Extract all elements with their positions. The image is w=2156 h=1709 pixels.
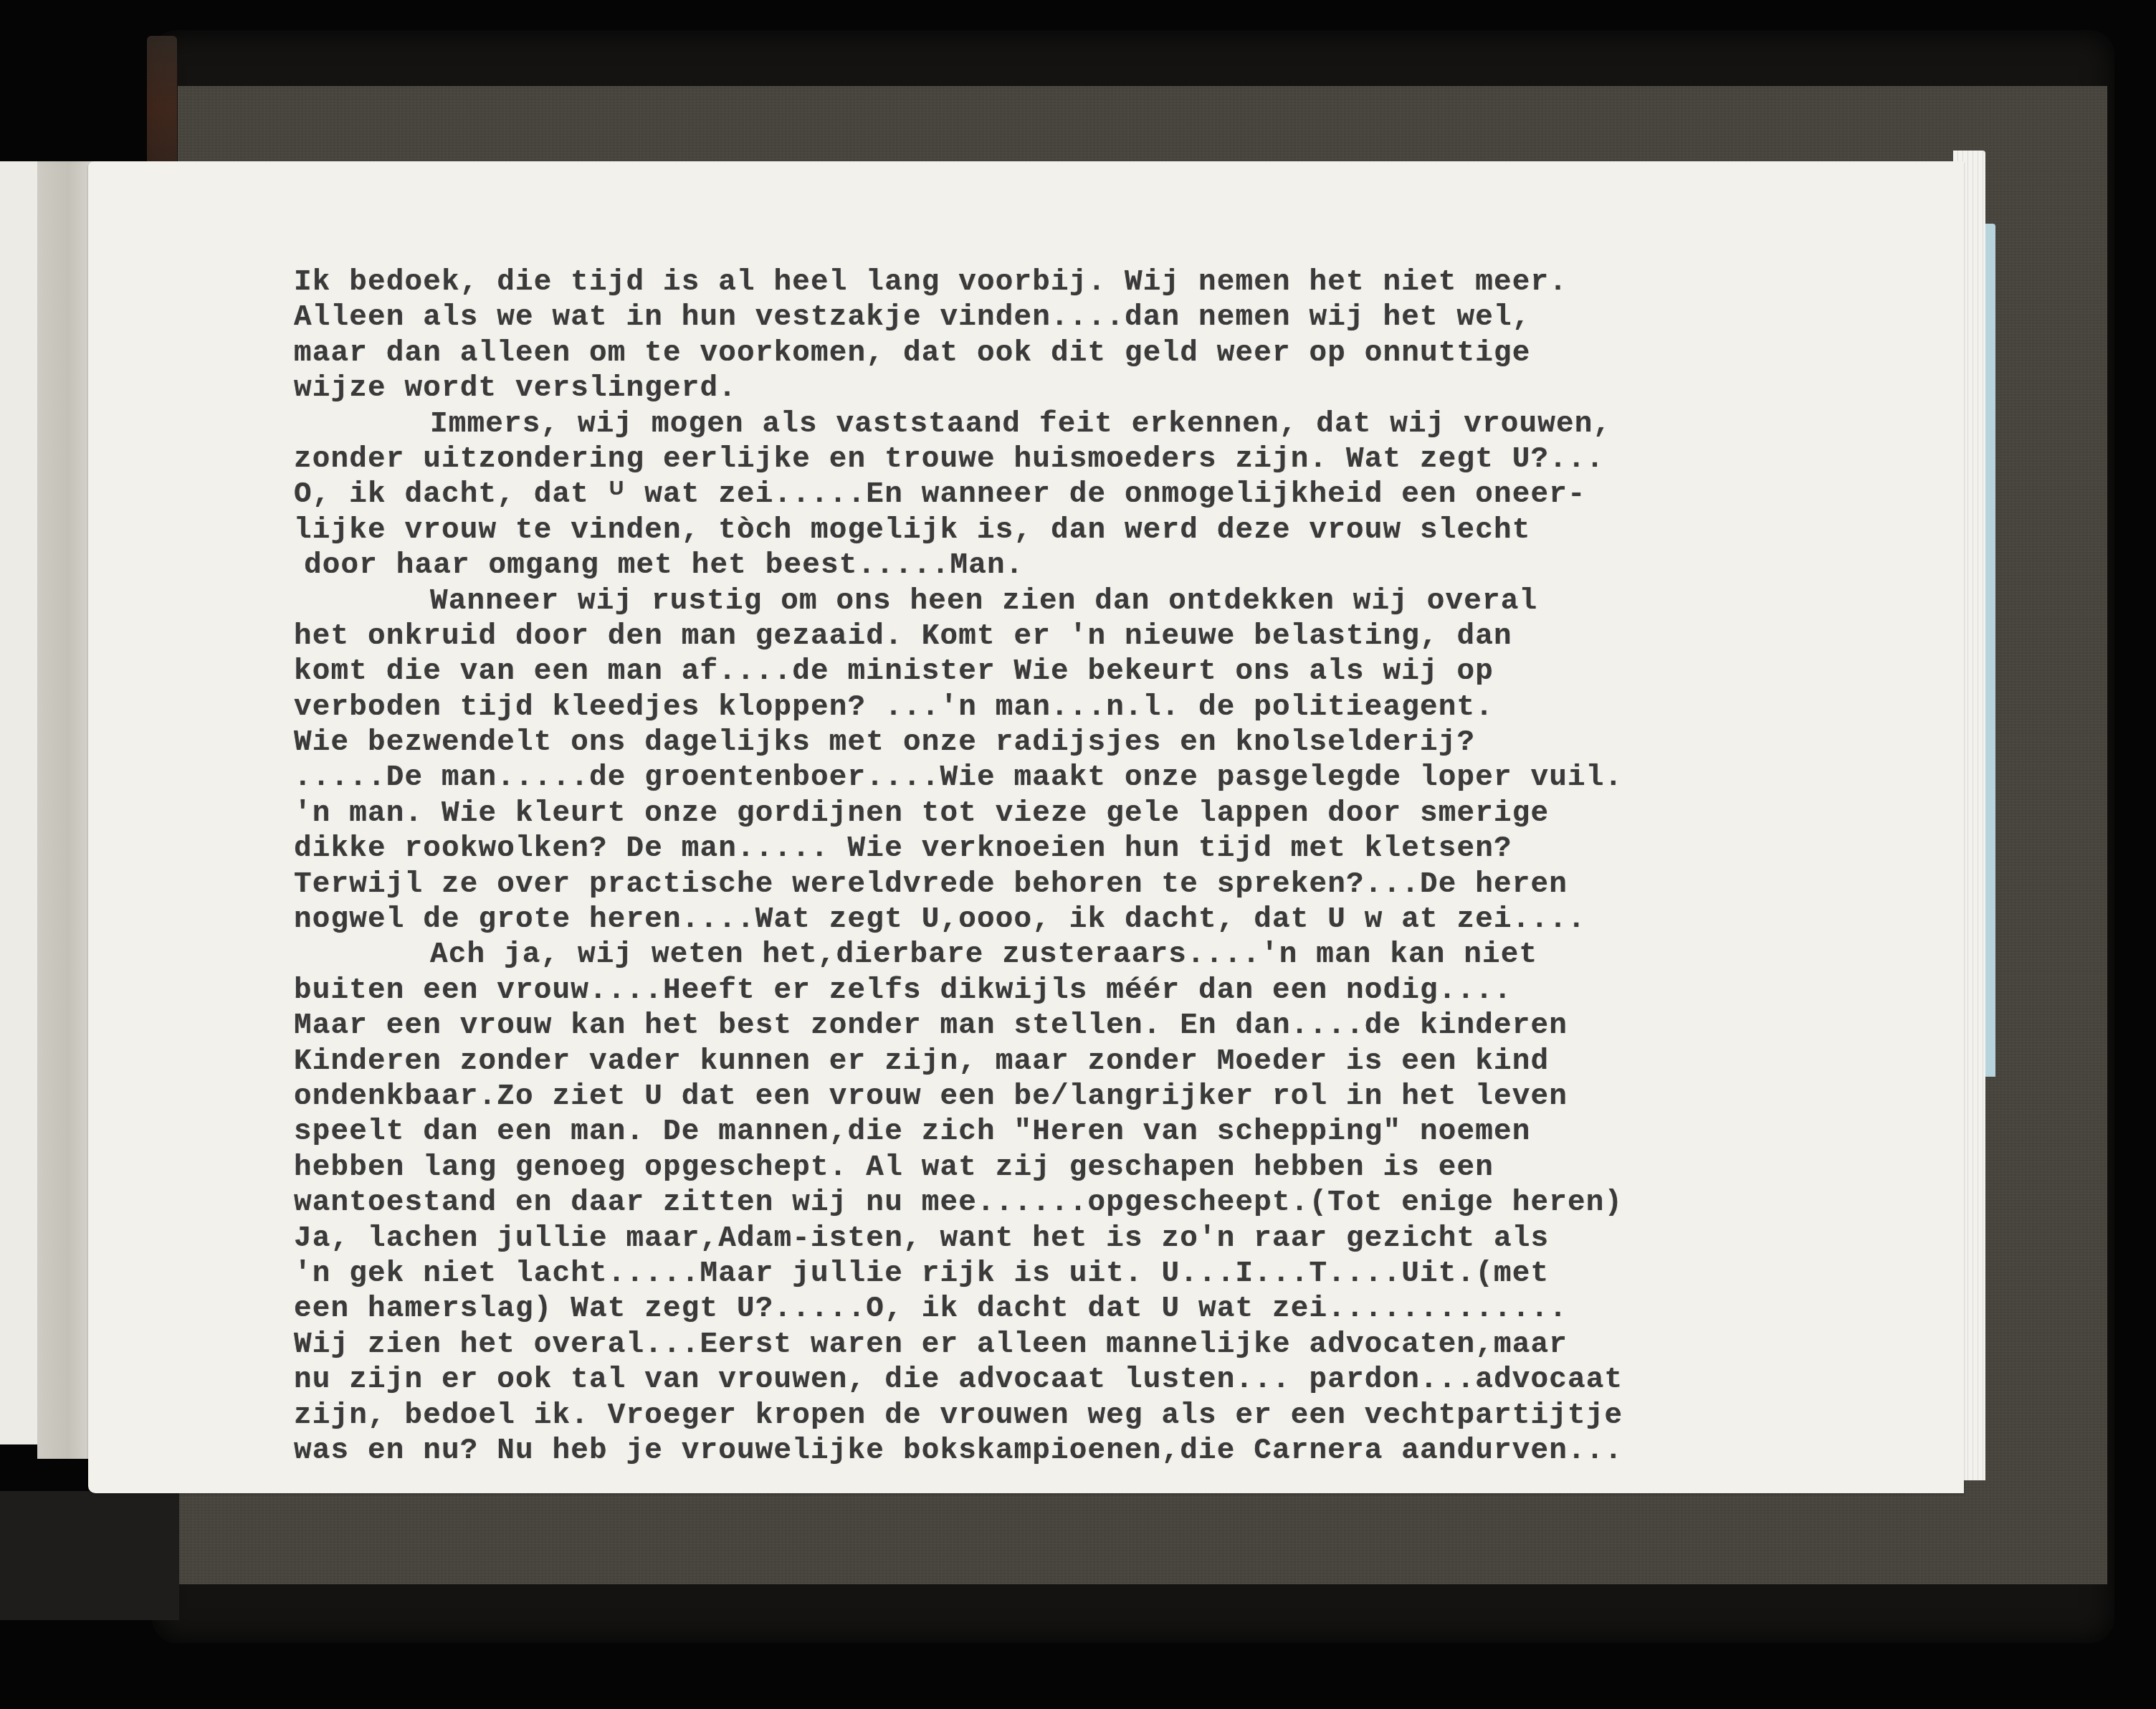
text-line: Ja, lachen jullie maar,Adam-isten, want …: [294, 1222, 1957, 1257]
text-line: Ik bedoek, die tijd is al heel lang voor…: [294, 265, 1957, 300]
left-page-edge: [0, 161, 42, 1444]
text-line: Wij zien het overal...Eerst waren er all…: [294, 1328, 1957, 1363]
text-line: verboden tijd kleedjes kloppen? ...'n ma…: [294, 690, 1957, 725]
text-line: een hamerslag) Wat zegt U?.....O, ik dac…: [294, 1292, 1957, 1327]
text-line: Wanneer wij rustig om ons heen zien dan …: [294, 584, 1957, 619]
text-line: Immers, wij mogen als vaststaand feit er…: [294, 407, 1957, 442]
text-line: zonder uitzondering eerlijke en trouwe h…: [294, 442, 1957, 477]
text-line: lijke vrouw te vinden, tòch mogelijk is,…: [294, 513, 1957, 548]
text-line: komt die van een man af....de minister W…: [294, 654, 1957, 690]
cover-board-lower-left: [0, 1491, 179, 1620]
text-line: wantoestand en daar zitten wij nu mee...…: [294, 1186, 1957, 1221]
text-line: nogwel de grote heren....Wat zegt U,oooo…: [294, 903, 1957, 938]
text-line: Maar een vrouw kan het best zonder man s…: [294, 1009, 1957, 1044]
text-line: O, ik dacht, dat ᵁ wat zei.....En wannee…: [294, 477, 1957, 513]
text-line: maar dan alleen om te voorkomen, dat ook…: [294, 336, 1957, 371]
text-line: hebben lang genoeg opgeschept. Al wat zi…: [294, 1151, 1957, 1186]
text-line: Kinderen zonder vader kunnen er zijn, ma…: [294, 1044, 1957, 1080]
text-line: 'n gek niet lacht.....Maar jullie rijk i…: [294, 1257, 1957, 1292]
text-line: Ach ja, wij weten het,dierbare zusteraar…: [294, 938, 1957, 973]
text-line: buiten een vrouw....Heeft er zelfs dikwi…: [294, 973, 1957, 1009]
text-line: door haar omgang met het beest.....Man.: [294, 548, 1957, 584]
text-line: Wie bezwendelt ons dagelijks met onze ra…: [294, 725, 1957, 761]
text-line: speelt dan een man. De mannen,die zich "…: [294, 1115, 1957, 1150]
text-line: 'n man. Wie kleurt onze gordijnen tot vi…: [294, 796, 1957, 832]
text-line: Terwijl ze over practische wereldvrede b…: [294, 867, 1957, 903]
text-line: het onkruid door den man gezaaid. Komt e…: [294, 619, 1957, 654]
text-line: ondenkbaar.Zo ziet U dat een vrouw een b…: [294, 1080, 1957, 1115]
text-line: dikke rookwolken? De man..... Wie verkno…: [294, 832, 1957, 867]
text-line: zijn, bedoel ik. Vroeger kropen de vrouw…: [294, 1399, 1957, 1434]
text-line: nu zijn er ook tal van vrouwen, die advo…: [294, 1363, 1957, 1398]
text-line: .....De man.....de groentenboer....Wie m…: [294, 761, 1957, 796]
text-line: was en nu? Nu heb je vrouwelijke bokskam…: [294, 1434, 1957, 1469]
text-line: Alleen als we wat in hun vestzakje vinde…: [294, 300, 1957, 335]
gutter-shadow: [37, 161, 93, 1459]
typewritten-text: Ik bedoek, die tijd is al heel lang voor…: [294, 265, 1957, 1469]
text-line: wijze wordt verslingerd.: [294, 371, 1957, 406]
